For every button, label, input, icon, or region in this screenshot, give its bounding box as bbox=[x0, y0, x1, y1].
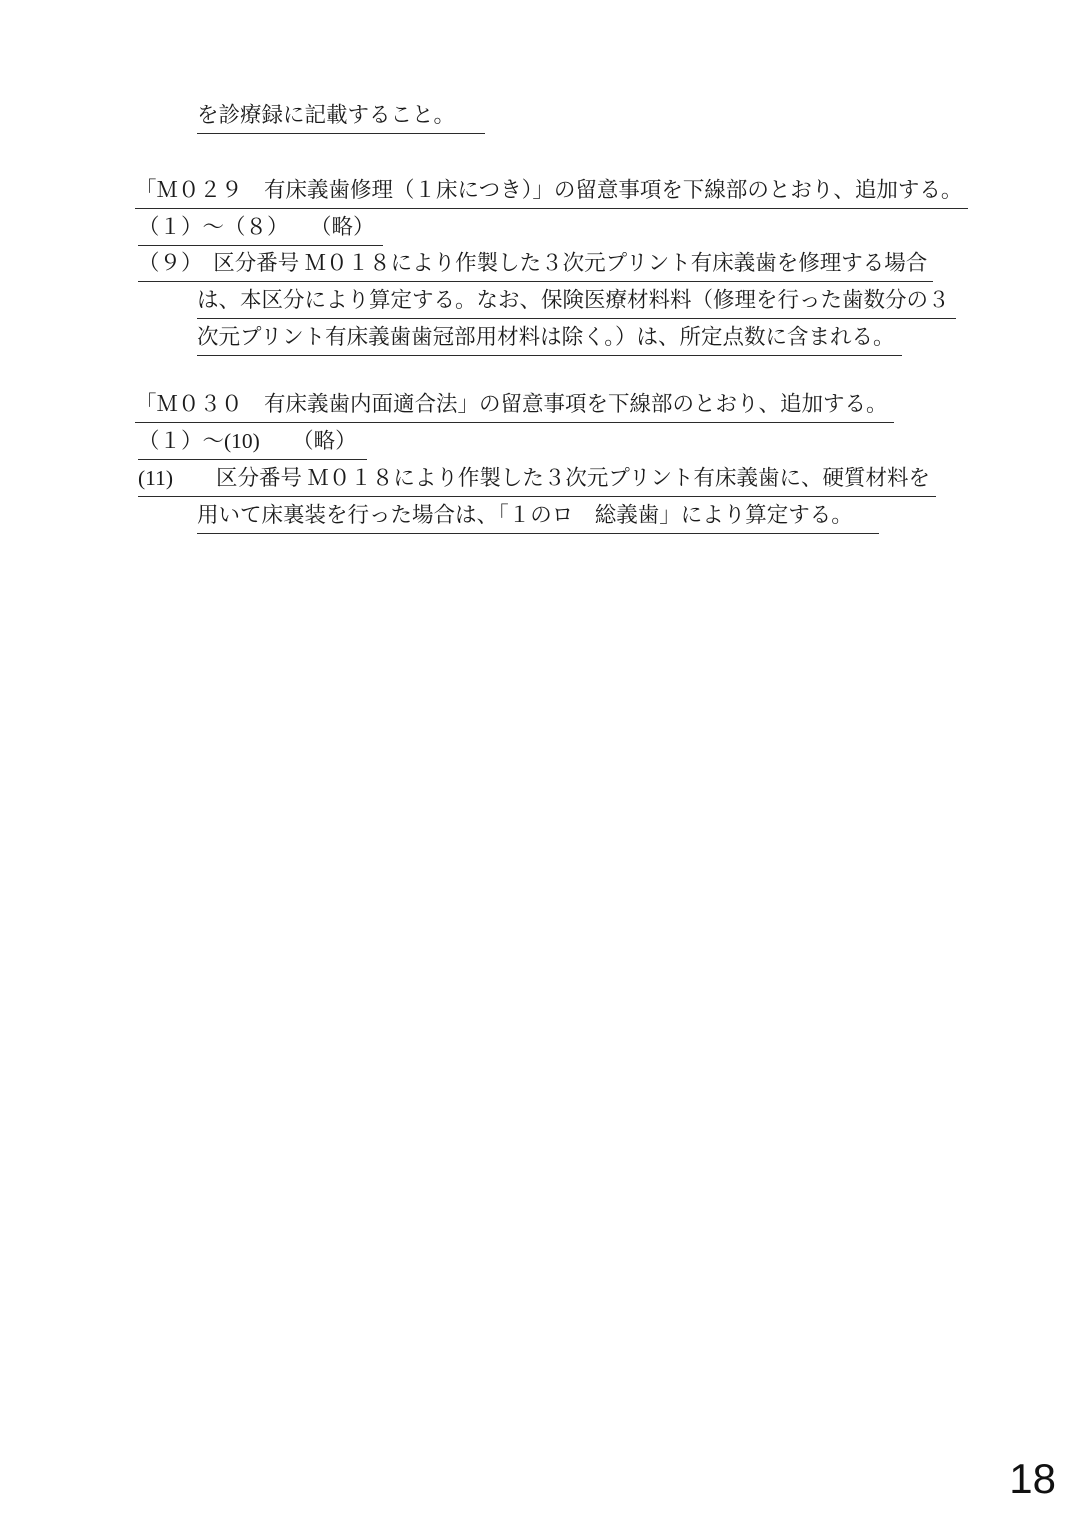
doc-line-m029-item9-part3: 次元プリント有床義歯歯冠部用材料は除く。）は、所定点数に含まれる。 bbox=[197, 325, 902, 356]
doc-line-m029-heading: 「Ｍ０２９ 有床義歯修理（１床につき）」の留意事項を下線部のとおり、追加する。 bbox=[135, 178, 968, 209]
doc-line-m029-item9-part1: （９） 区分番号 Ｍ０１８により作製した３次元プリント有床義歯を修理する場合 bbox=[138, 251, 933, 282]
doc-line-m030-heading: 「Ｍ０３０ 有床義歯内面適合法」の留意事項を下線部のとおり、追加する。 bbox=[135, 392, 894, 423]
doc-line-m030-items-abbrev: （１）～(10) （略） bbox=[138, 429, 367, 460]
document-page: を診療録に記載すること。 「Ｍ０２９ 有床義歯修理（１床につき）」の留意事項を下… bbox=[0, 0, 1076, 1521]
doc-line-m030-item11-part2: 用いて床裏装を行った場合は、「１のロ 総義歯」により算定する。 bbox=[197, 503, 879, 534]
doc-line-record-note: を診療録に記載すること。 bbox=[197, 103, 485, 134]
doc-line-m029-items-abbrev: （１）～（８） （略） bbox=[138, 215, 383, 246]
page-number: 18 bbox=[1009, 1458, 1056, 1500]
doc-line-m029-item9-part2: は、本区分により算定する。なお、保険医療材料料（修理を行った歯数分の３ bbox=[197, 288, 956, 319]
doc-line-m030-item11-part1: (11) 区分番号 Ｍ０１８により作製した３次元プリント有床義歯に、硬質材料を bbox=[138, 466, 936, 497]
